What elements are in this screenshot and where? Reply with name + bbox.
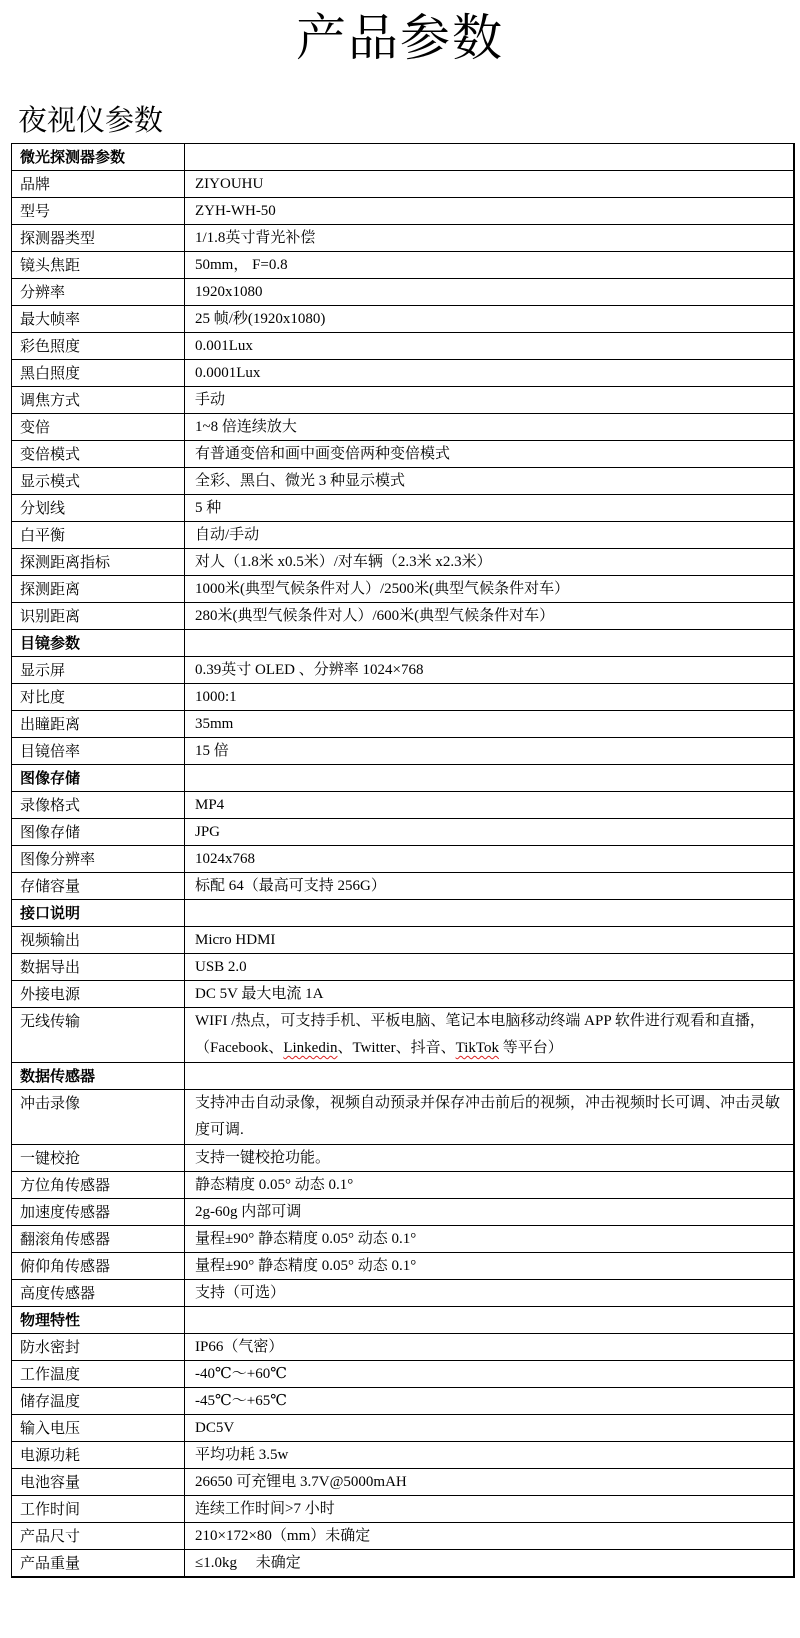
spec-label: 彩色照度 [12, 333, 185, 360]
spec-label: 白平衡 [12, 522, 185, 549]
table-row: 录像格式MP4 [12, 792, 794, 819]
spec-value: Micro HDMI [185, 927, 794, 954]
table-row: 数据导出USB 2.0 [12, 954, 794, 981]
spec-value: 支持（可选） [185, 1280, 794, 1307]
group-heading: 图像存储 [12, 765, 185, 792]
spec-value: 1/1.8英寸背光补偿 [185, 225, 794, 252]
spec-label: 最大帧率 [12, 306, 185, 333]
table-row: 品牌ZIYOUHU [12, 171, 794, 198]
spec-value: 15 倍 [185, 738, 794, 765]
spec-label: 存储容量 [12, 873, 185, 900]
spec-label: 型号 [12, 198, 185, 225]
page-title: 产品参数 [0, 6, 800, 70]
spec-value: -45℃～+65℃ [185, 1388, 794, 1415]
group-row: 接口说明 [12, 900, 794, 927]
table-row: 方位角传感器静态精度 0.05° 动态 0.1° [12, 1172, 794, 1199]
group-heading: 数据传感器 [12, 1063, 185, 1090]
table-row: 型号ZYH-WH-50 [12, 198, 794, 225]
spec-label: 防水密封 [12, 1334, 185, 1361]
spec-value: 标配 64（最高可支持 256G） [185, 873, 794, 900]
group-heading: 微光探测器参数 [12, 144, 185, 171]
spec-value: 对人（1.8米 x0.5米）/对车辆（2.3米 x2.3米） [185, 549, 794, 576]
group-row: 物理特性 [12, 1307, 794, 1334]
table-row: 对比度1000:1 [12, 684, 794, 711]
spec-label: 品牌 [12, 171, 185, 198]
group-heading: 接口说明 [12, 900, 185, 927]
table-row: 储存温度-45℃～+65℃ [12, 1388, 794, 1415]
spec-value: -40℃～+60℃ [185, 1361, 794, 1388]
table-row: 翻滚角传感器量程±90° 静态精度 0.05° 动态 0.1° [12, 1226, 794, 1253]
table-row: 加速度传感器2g-60g 内部可调 [12, 1199, 794, 1226]
spec-label: 镜头焦距 [12, 252, 185, 279]
table-row: 视频输出Micro HDMI [12, 927, 794, 954]
spec-label: 电源功耗 [12, 1442, 185, 1469]
table-row: 无线传输WIFI /热点，可支持手机、平板电脑、笔记本电脑移动终端 APP 软件… [12, 1008, 794, 1063]
spec-label: 调焦方式 [12, 387, 185, 414]
spec-value-text: 、Twitter、抖音、 [337, 1040, 455, 1056]
table-row: 一键校抢支持一键校抢功能。 [12, 1145, 794, 1172]
spec-value: DC5V [185, 1415, 794, 1442]
spec-value: 有普通变倍和画中画变倍两种变倍模式 [185, 441, 794, 468]
spec-label: 变倍模式 [12, 441, 185, 468]
group-heading: 物理特性 [12, 1307, 185, 1334]
spec-label: 出瞳距离 [12, 711, 185, 738]
table-row: 工作时间连续工作时间>7 小时 [12, 1496, 794, 1523]
table-row: 目镜倍率15 倍 [12, 738, 794, 765]
spec-label: 分辨率 [12, 279, 185, 306]
spec-label: 目镜倍率 [12, 738, 185, 765]
spec-value: 连续工作时间>7 小时 [185, 1496, 794, 1523]
spec-value: 25 帧/秒(1920x1080) [185, 306, 794, 333]
spec-label: 一键校抢 [12, 1145, 185, 1172]
table-row: 镜头焦距50mm， F=0.8 [12, 252, 794, 279]
table-row: 探测距离指标对人（1.8米 x0.5米）/对车辆（2.3米 x2.3米） [12, 549, 794, 576]
group-empty-cell [185, 144, 794, 171]
spec-label: 产品尺寸 [12, 1523, 185, 1550]
table-row: 输入电压DC5V [12, 1415, 794, 1442]
table-row: 外接电源DC 5V 最大电流 1A [12, 981, 794, 1008]
spec-value: 手动 [185, 387, 794, 414]
spec-value-text: 等平台） [499, 1040, 563, 1056]
spec-value: 1000:1 [185, 684, 794, 711]
table-row: 图像分辨率1024x768 [12, 846, 794, 873]
spec-value: 量程±90° 静态精度 0.05° 动态 0.1° [185, 1253, 794, 1280]
spec-value: 支持冲击自动录像，视频自动预录并保存冲击前后的视频，冲击视频时长可调、冲击灵敏度… [185, 1090, 794, 1145]
spec-value: 1000米(典型气候条件对人）/2500米(典型气候条件对车） [185, 576, 794, 603]
spellcheck-word: TikTok [456, 1040, 499, 1056]
spec-label: 翻滚角传感器 [12, 1226, 185, 1253]
table-row: 图像存储JPG [12, 819, 794, 846]
table-row: 冲击录像支持冲击自动录像，视频自动预录并保存冲击前后的视频，冲击视频时长可调、冲… [12, 1090, 794, 1145]
spec-value: USB 2.0 [185, 954, 794, 981]
table-row: 防水密封IP66（气密） [12, 1334, 794, 1361]
spec-label: 俯仰角传感器 [12, 1253, 185, 1280]
spec-value: ZYH-WH-50 [185, 198, 794, 225]
table-row: 出瞳距离35mm [12, 711, 794, 738]
spec-label: 方位角传感器 [12, 1172, 185, 1199]
table-row: 高度传感器支持（可选） [12, 1280, 794, 1307]
spec-label: 探测距离指标 [12, 549, 185, 576]
spec-label: 无线传输 [12, 1008, 185, 1063]
spec-value: 26650 可充锂电 3.7V@5000mAH [185, 1469, 794, 1496]
spec-value: WIFI /热点，可支持手机、平板电脑、笔记本电脑移动终端 APP 软件进行观看… [185, 1008, 794, 1063]
spec-label: 电池容量 [12, 1469, 185, 1496]
spec-label: 产品重量 [12, 1550, 185, 1578]
table-row: 工作温度-40℃～+60℃ [12, 1361, 794, 1388]
table-row: 探测距离1000米(典型气候条件对人）/2500米(典型气候条件对车） [12, 576, 794, 603]
spec-value: 1024x768 [185, 846, 794, 873]
table-row: 白平衡自动/手动 [12, 522, 794, 549]
table-row: 调焦方式手动 [12, 387, 794, 414]
spec-value: 0.39英寸 OLED 、分辨率 1024×768 [185, 657, 794, 684]
spec-label: 识别距离 [12, 603, 185, 630]
spec-value: 35mm [185, 711, 794, 738]
spec-label: 变倍 [12, 414, 185, 441]
spec-value: 1920x1080 [185, 279, 794, 306]
section-title: 夜视仪参数 [18, 100, 163, 140]
table-row: 变倍1~8 倍连续放大 [12, 414, 794, 441]
group-row: 数据传感器 [12, 1063, 794, 1090]
group-empty-cell [185, 765, 794, 792]
spec-value: 支持一键校抢功能。 [185, 1145, 794, 1172]
table-row: 彩色照度0.001Lux [12, 333, 794, 360]
spec-label: 储存温度 [12, 1388, 185, 1415]
spec-label: 工作温度 [12, 1361, 185, 1388]
spec-label: 图像存储 [12, 819, 185, 846]
spec-value: MP4 [185, 792, 794, 819]
spec-value: 量程±90° 静态精度 0.05° 动态 0.1° [185, 1226, 794, 1253]
spec-value: 0.0001Lux [185, 360, 794, 387]
spec-value: 全彩、黑白、微光 3 种显示模式 [185, 468, 794, 495]
spec-value: 0.001Lux [185, 333, 794, 360]
spec-label: 探测距离 [12, 576, 185, 603]
spec-label: 显示模式 [12, 468, 185, 495]
spec-value: IP66（气密） [185, 1334, 794, 1361]
spec-value: 50mm， F=0.8 [185, 252, 794, 279]
spec-label: 对比度 [12, 684, 185, 711]
spec-value: DC 5V 最大电流 1A [185, 981, 794, 1008]
spec-value: 静态精度 0.05° 动态 0.1° [185, 1172, 794, 1199]
group-row: 微光探测器参数 [12, 144, 794, 171]
spec-label: 探测器类型 [12, 225, 185, 252]
group-empty-cell [185, 630, 794, 657]
table-row: 变倍模式有普通变倍和画中画变倍两种变倍模式 [12, 441, 794, 468]
group-row: 图像存储 [12, 765, 794, 792]
table-row: 分划线5 种 [12, 495, 794, 522]
spec-label: 外接电源 [12, 981, 185, 1008]
spec-value: 平均功耗 3.5w [185, 1442, 794, 1469]
spec-value: 210×172×80（mm）未确定 [185, 1523, 794, 1550]
table-row: 电池容量26650 可充锂电 3.7V@5000mAH [12, 1469, 794, 1496]
spec-label: 加速度传感器 [12, 1199, 185, 1226]
table-row: 探测器类型1/1.8英寸背光补偿 [12, 225, 794, 252]
spellcheck-word: Linkedin [283, 1040, 337, 1056]
spec-value: 1~8 倍连续放大 [185, 414, 794, 441]
table-row: 电源功耗平均功耗 3.5w [12, 1442, 794, 1469]
spec-table: 微光探测器参数品牌ZIYOUHU型号ZYH-WH-50探测器类型1/1.8英寸背… [11, 143, 795, 1578]
spec-label: 工作时间 [12, 1496, 185, 1523]
spec-value: 5 种 [185, 495, 794, 522]
spec-value: 280米(典型气候条件对人）/600米(典型气候条件对车） [185, 603, 794, 630]
spec-label: 显示屏 [12, 657, 185, 684]
spec-value: JPG [185, 819, 794, 846]
table-row: 俯仰角传感器量程±90° 静态精度 0.05° 动态 0.1° [12, 1253, 794, 1280]
table-row: 黑白照度0.0001Lux [12, 360, 794, 387]
spec-label: 冲击录像 [12, 1090, 185, 1145]
spec-value: ≤1.0kg 未确定 [185, 1550, 794, 1578]
spec-label: 数据导出 [12, 954, 185, 981]
table-row: 最大帧率25 帧/秒(1920x1080) [12, 306, 794, 333]
spec-value: ZIYOUHU [185, 171, 794, 198]
spec-value: 2g-60g 内部可调 [185, 1199, 794, 1226]
group-empty-cell [185, 900, 794, 927]
spec-label: 视频输出 [12, 927, 185, 954]
table-row: 显示模式全彩、黑白、微光 3 种显示模式 [12, 468, 794, 495]
spec-label: 高度传感器 [12, 1280, 185, 1307]
spec-label: 录像格式 [12, 792, 185, 819]
table-row: 产品重量≤1.0kg 未确定 [12, 1550, 794, 1578]
table-row: 产品尺寸210×172×80（mm）未确定 [12, 1523, 794, 1550]
spec-label: 图像分辨率 [12, 846, 185, 873]
group-empty-cell [185, 1063, 794, 1090]
spec-label: 分划线 [12, 495, 185, 522]
group-empty-cell [185, 1307, 794, 1334]
spec-table-body: 微光探测器参数品牌ZIYOUHU型号ZYH-WH-50探测器类型1/1.8英寸背… [12, 144, 794, 1578]
table-row: 识别距离280米(典型气候条件对人）/600米(典型气候条件对车） [12, 603, 794, 630]
table-row: 显示屏0.39英寸 OLED 、分辨率 1024×768 [12, 657, 794, 684]
group-row: 目镜参数 [12, 630, 794, 657]
spec-label: 输入电压 [12, 1415, 185, 1442]
spec-value: 自动/手动 [185, 522, 794, 549]
table-row: 分辨率1920x1080 [12, 279, 794, 306]
table-row: 存储容量标配 64（最高可支持 256G） [12, 873, 794, 900]
spec-label: 黑白照度 [12, 360, 185, 387]
group-heading: 目镜参数 [12, 630, 185, 657]
